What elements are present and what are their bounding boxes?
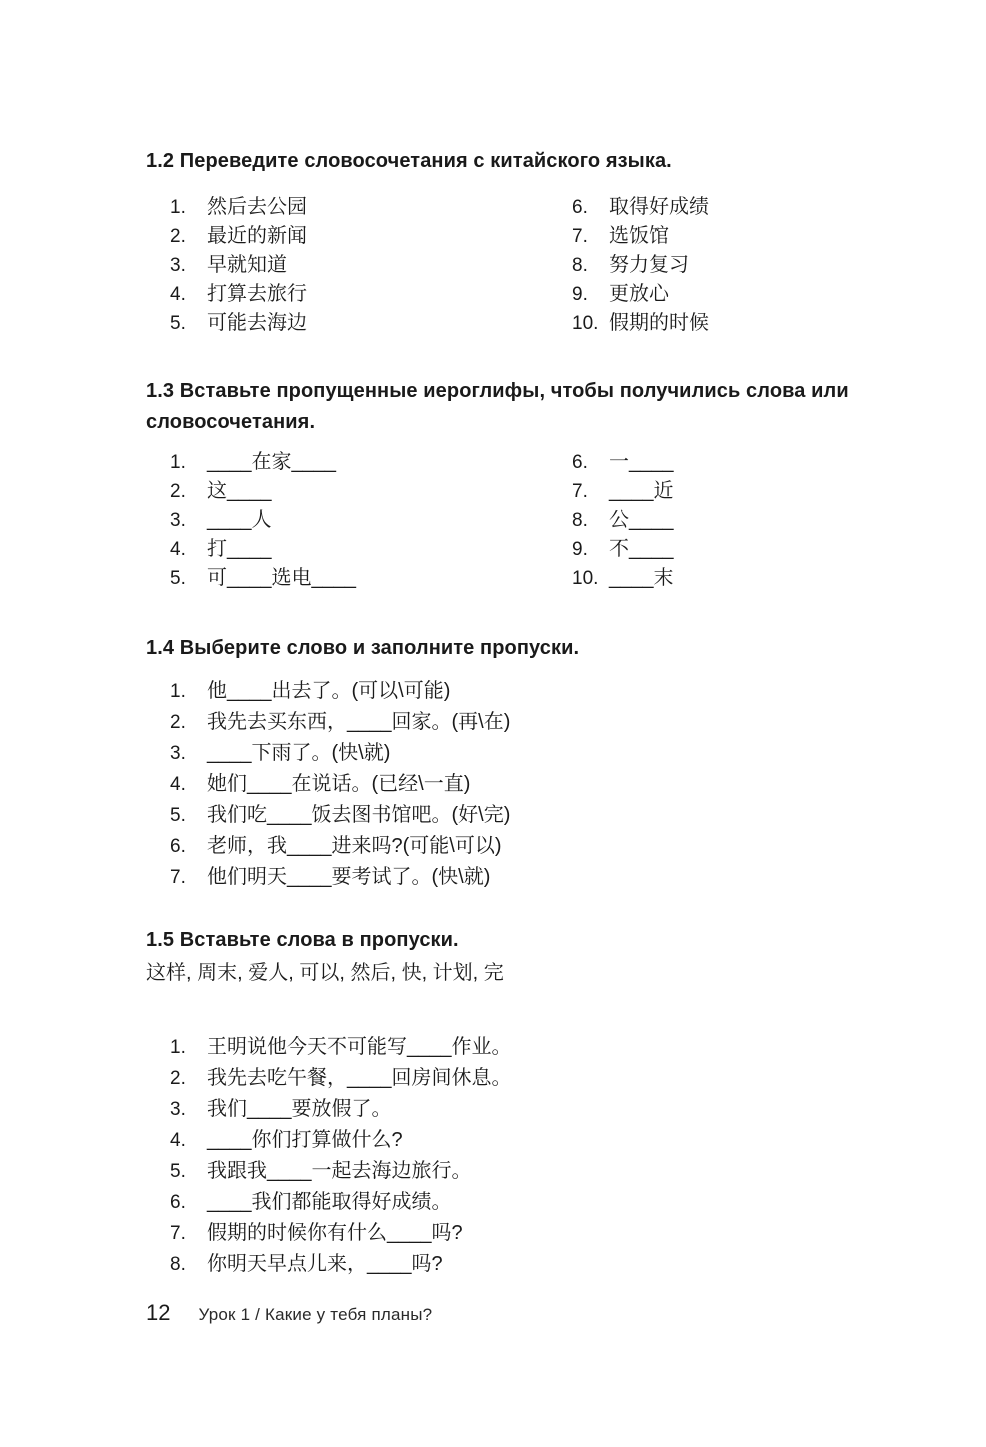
item-number: 9. xyxy=(572,535,609,564)
item-text: 她们____在说话。(已经\一直) xyxy=(207,769,470,800)
item-number: 2. xyxy=(170,1064,207,1094)
section-1-4-heading: 1.4 Выберите слово и заполните пропуски. xyxy=(146,633,862,664)
item-text: 他____出去了。(可以\可能) xyxy=(207,676,450,707)
exercise-item: 6.老师，我____进来吗?(可能\可以) xyxy=(146,831,862,862)
exercise-item: 5.我们吃____饭去图书馆吧。(好\完) xyxy=(146,800,862,831)
item-text: 可能去海边 xyxy=(207,309,307,338)
item-number: 10. xyxy=(572,564,609,593)
item-text: 打____ xyxy=(207,535,272,564)
exercise-item: 9.不____ xyxy=(548,535,862,564)
section-1-3-heading: 1.3 Вставьте пропущенные иероглифы, чтоб… xyxy=(146,376,862,438)
item-text: 努力复习 xyxy=(609,251,689,280)
item-number: 4. xyxy=(170,535,207,564)
item-number: 7. xyxy=(572,477,609,506)
exercise-item: 6.一____ xyxy=(548,448,862,477)
exercise-item: 7.选饭馆 xyxy=(548,222,862,251)
exercise-item: 9.更放心 xyxy=(548,280,862,309)
item-number: 6. xyxy=(572,448,609,477)
page-footer: 12 Урок 1 / Какие у тебя планы? xyxy=(146,1300,432,1326)
item-number: 1. xyxy=(170,1033,207,1063)
exercise-item: 1.____在家____ xyxy=(146,448,548,477)
exercise-item: 2.我先去吃午餐，____回房间休息。 xyxy=(146,1063,862,1094)
item-number: 5. xyxy=(170,564,207,593)
item-number: 8. xyxy=(572,251,609,280)
lesson-title: Урок 1 / Какие у тебя планы? xyxy=(198,1305,432,1325)
item-number: 4. xyxy=(170,769,207,800)
exercise-item: 3.早就知道 xyxy=(146,251,548,280)
item-text: 打算去旅行 xyxy=(207,280,307,309)
word-bank: 这样, 周末, 爱人, 可以, 然后, 快, 计划, 完 xyxy=(146,958,862,988)
exercise-item: 2.我先去买东西，____回家。(再\在) xyxy=(146,707,862,738)
item-number: 10. xyxy=(572,309,609,338)
item-text: 我先去买东西，____回家。(再\在) xyxy=(207,707,510,738)
exercise-item: 7.假期的时候你有什么____吗? xyxy=(146,1218,862,1249)
item-number: 2. xyxy=(170,222,207,251)
item-text: 这____ xyxy=(207,477,272,506)
item-text: 我跟我____一起去海边旅行。 xyxy=(207,1156,472,1186)
item-text: 选饭馆 xyxy=(609,222,669,251)
page-content: 1.2 Переведите словосочетания с китайско… xyxy=(146,146,862,1280)
item-number: 4. xyxy=(170,1126,207,1156)
exercise-item: 3.____人 xyxy=(146,506,548,535)
item-text: 取得好成绩 xyxy=(609,193,709,222)
exercise-item: 10.____末 xyxy=(548,564,862,593)
item-number: 9. xyxy=(572,280,609,309)
exercise-item: 4.她们____在说话。(已经\一直) xyxy=(146,769,862,800)
item-number: 6. xyxy=(170,1188,207,1218)
item-text: 然后去公园 xyxy=(207,193,307,222)
exercise-item: 5.可____选电____ xyxy=(146,564,548,593)
item-text: 我先去吃午餐，____回房间休息。 xyxy=(207,1063,512,1093)
exercise-item: 3.我们____要放假了。 xyxy=(146,1094,862,1125)
exercise-item: 5.可能去海边 xyxy=(146,309,548,338)
exercise-item: 4.打____ xyxy=(146,535,548,564)
exercise-item: 1.王明说他今天不可能写____作业。 xyxy=(146,1032,862,1063)
item-text: 你明天早点儿来，____吗? xyxy=(207,1249,443,1279)
item-number: 3. xyxy=(170,1095,207,1125)
item-text: ____近 xyxy=(609,477,674,506)
item-number: 2. xyxy=(170,707,207,738)
item-number: 6. xyxy=(170,831,207,862)
section-1-5-list: 1.王明说他今天不可能写____作业。 2.我先去吃午餐，____回房间休息。 … xyxy=(146,1032,862,1280)
exercise-item: 1.他____出去了。(可以\可能) xyxy=(146,676,862,707)
item-number: 8. xyxy=(572,506,609,535)
item-number: 5. xyxy=(170,1157,207,1187)
item-number: 1. xyxy=(170,193,207,222)
item-text: 我们____要放假了。 xyxy=(207,1094,392,1124)
exercise-item: 7.____近 xyxy=(548,477,862,506)
section-1-2-heading: 1.2 Переведите словосочетания с китайско… xyxy=(146,146,862,177)
item-number: 3. xyxy=(170,251,207,280)
exercise-item: 2.最近的新闻 xyxy=(146,222,548,251)
page-number: 12 xyxy=(146,1300,170,1326)
item-text: ____末 xyxy=(609,564,674,593)
item-text: 不____ xyxy=(609,535,674,564)
item-number: 7. xyxy=(170,1219,207,1249)
item-text: ____下雨了。(快\就) xyxy=(207,738,390,769)
item-text: 假期的时候 xyxy=(609,309,709,338)
item-number: 3. xyxy=(170,738,207,769)
exercise-item: 5.我跟我____一起去海边旅行。 xyxy=(146,1156,862,1187)
exercise-item: 6.____我们都能取得好成绩。 xyxy=(146,1187,862,1218)
item-text: ____你们打算做什么? xyxy=(207,1125,403,1155)
exercise-item: 6.取得好成绩 xyxy=(548,193,862,222)
item-text: 王明说他今天不可能写____作业。 xyxy=(207,1032,512,1062)
item-number: 2. xyxy=(170,477,207,506)
item-number: 7. xyxy=(170,862,207,893)
item-text: 早就知道 xyxy=(207,251,287,280)
item-text: 他们明天____要考试了。(快\就) xyxy=(207,862,490,893)
item-text: 假期的时候你有什么____吗? xyxy=(207,1218,463,1248)
item-text: 我们吃____饭去图书馆吧。(好\完) xyxy=(207,800,510,831)
section-1-4-list: 1.他____出去了。(可以\可能) 2.我先去买东西，____回家。(再\在)… xyxy=(146,676,862,893)
item-text: 公____ xyxy=(609,506,674,535)
exercise-item: 8.你明天早点儿来，____吗? xyxy=(146,1249,862,1280)
exercise-item: 4.打算去旅行 xyxy=(146,280,548,309)
item-number: 3. xyxy=(170,506,207,535)
item-number: 1. xyxy=(170,448,207,477)
section-1-3-list: 1.____在家____ 2.这____ 3.____人 4.打____ 5.可… xyxy=(146,448,862,593)
exercise-item: 3.____下雨了。(快\就) xyxy=(146,738,862,769)
exercise-item: 7.他们明天____要考试了。(快\就) xyxy=(146,862,862,893)
item-number: 5. xyxy=(170,309,207,338)
item-text: 一____ xyxy=(609,448,674,477)
item-text: ____人 xyxy=(207,506,272,535)
exercise-item: 1.然后去公园 xyxy=(146,193,548,222)
exercise-item: 8.努力复习 xyxy=(548,251,862,280)
section-1-5-heading: 1.5 Вставьте слова в пропуски. xyxy=(146,925,862,956)
item-text: 最近的新闻 xyxy=(207,222,307,251)
exercise-item: 10.假期的时候 xyxy=(548,309,862,338)
item-number: 6. xyxy=(572,193,609,222)
exercise-item: 4.____你们打算做什么? xyxy=(146,1125,862,1156)
item-number: 5. xyxy=(170,800,207,831)
item-text: 更放心 xyxy=(609,280,669,309)
item-number: 1. xyxy=(170,676,207,707)
section-1-2-list: 1.然后去公园 2.最近的新闻 3.早就知道 4.打算去旅行 5.可能去海边 6… xyxy=(146,193,862,338)
exercise-item: 2.这____ xyxy=(146,477,548,506)
item-text: ____我们都能取得好成绩。 xyxy=(207,1187,452,1217)
item-text: ____在家____ xyxy=(207,448,336,477)
workbook-page: 1.2 Переведите словосочетания с китайско… xyxy=(0,0,986,1447)
item-number: 7. xyxy=(572,222,609,251)
item-text: 可____选电____ xyxy=(207,564,356,593)
item-text: 老师，我____进来吗?(可能\可以) xyxy=(207,831,502,862)
item-number: 4. xyxy=(170,280,207,309)
exercise-item: 8.公____ xyxy=(548,506,862,535)
item-number: 8. xyxy=(170,1250,207,1280)
